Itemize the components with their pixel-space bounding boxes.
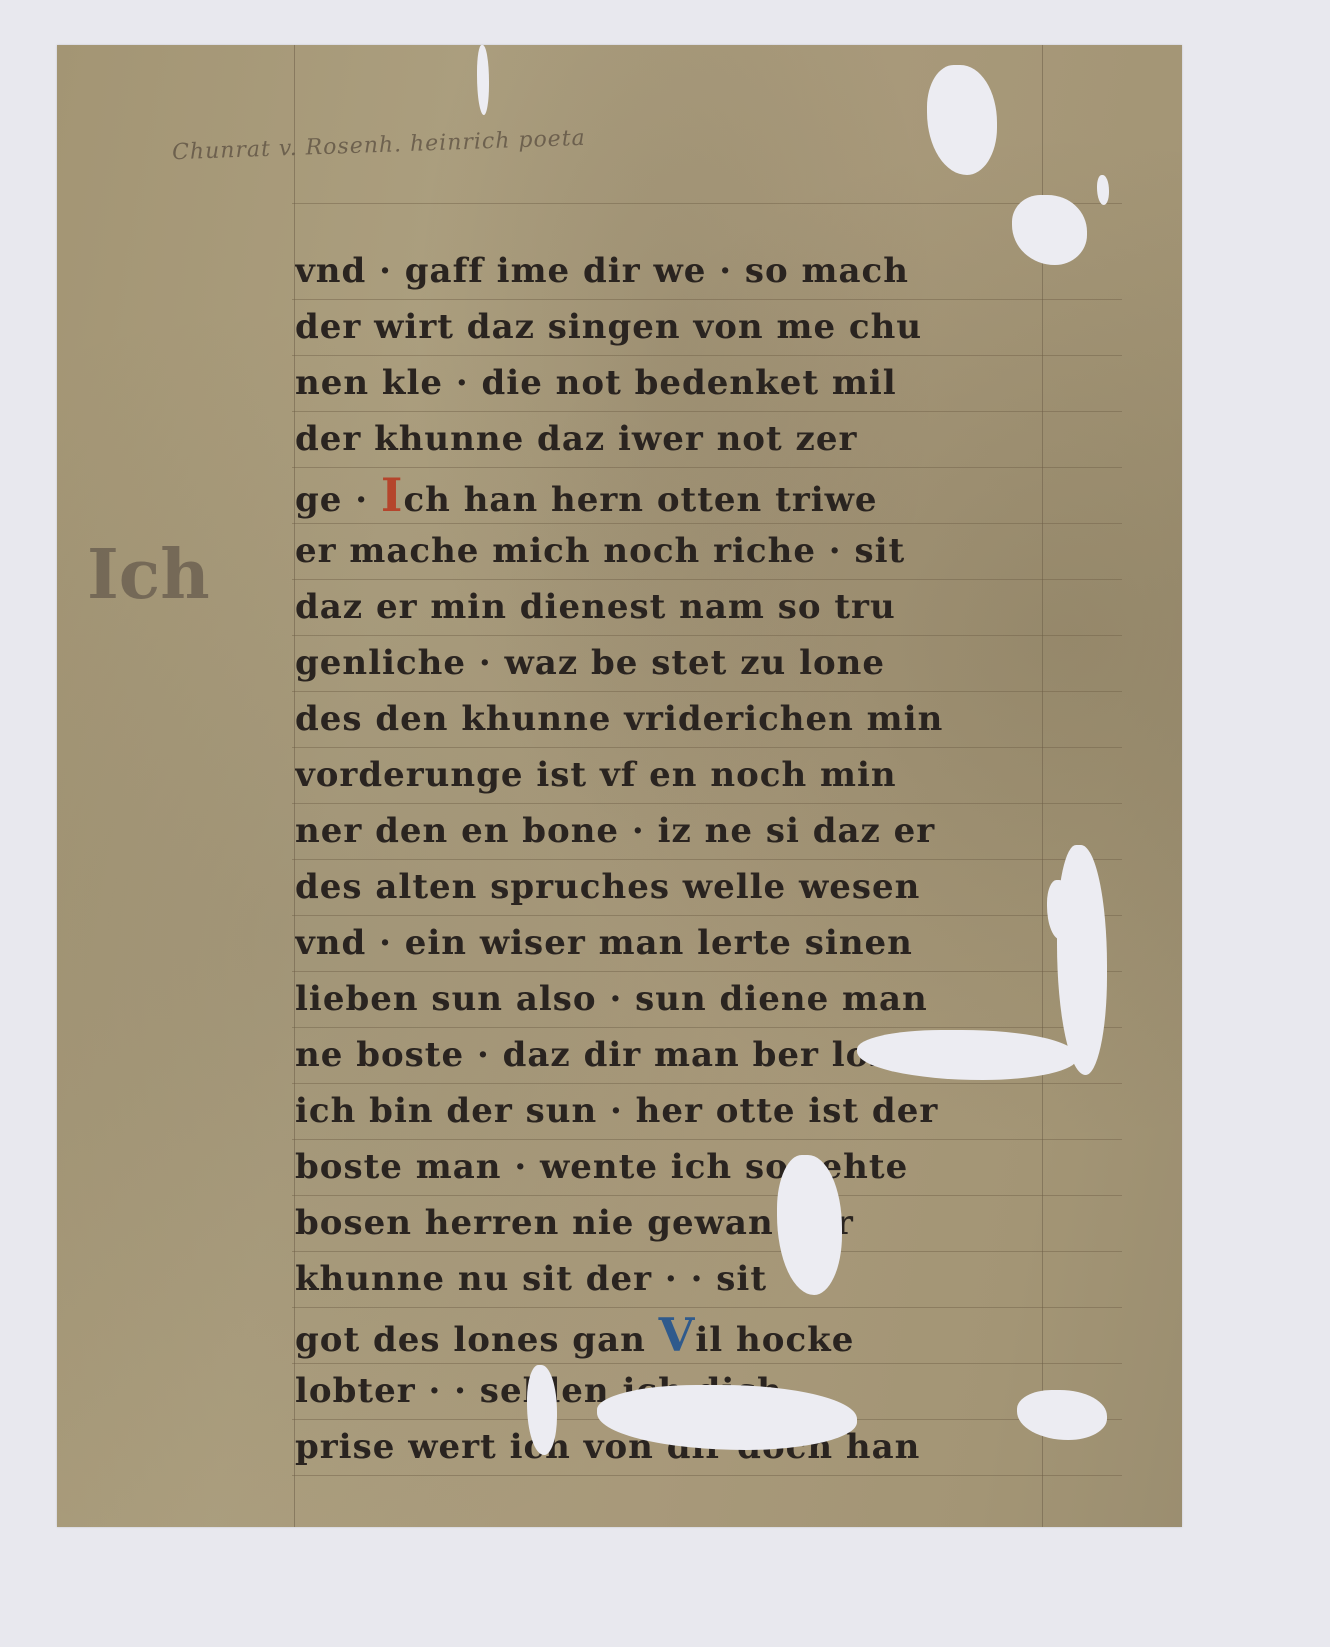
text-line: des alten spruches welle wesen: [295, 859, 1135, 915]
line-prefix: got des lones gan: [295, 1320, 659, 1360]
text-line: er mache mich noch riche · sit: [295, 523, 1135, 579]
text-line: vorderunge ist vf en noch min: [295, 747, 1135, 803]
line-prefix: ge ·: [295, 480, 381, 520]
red-initial: I: [381, 468, 404, 522]
text-line: khunne nu sit der · · sit: [295, 1251, 1135, 1307]
text-line: der khunne daz iwer not zer: [295, 411, 1135, 467]
text-line: ner den en bone · iz ne si daz er: [295, 803, 1135, 859]
text-line: daz er min dienest nam so tru: [295, 579, 1135, 635]
text-line: der wirt daz singen von me chu: [295, 299, 1135, 355]
text-line: vnd · ein wiser man lerte sinen: [295, 915, 1135, 971]
text-line: boste man · wente ich so rehte: [295, 1139, 1135, 1195]
parchment-hole: [927, 65, 997, 175]
text-line: ge · Ich han hern otten triwe: [295, 467, 1135, 523]
margin-initial: Ich: [87, 535, 210, 615]
text-line: des den khunne vriderichen min: [295, 691, 1135, 747]
text-line: vnd · gaff ime dir we · so mach: [295, 243, 1135, 299]
manuscript-page: Chunrat v. Rosenh. heinrich poeta Ich vn…: [57, 45, 1182, 1527]
text-line: got des lones gan Vil hocke: [295, 1307, 1135, 1363]
text-line: lieben sun also · sun diene man: [295, 971, 1135, 1027]
text-line: bosen herren nie gewan her: [295, 1195, 1135, 1251]
parchment-hole: [1097, 175, 1109, 205]
text-line: genliche · waz be stet zu lone: [295, 635, 1135, 691]
line-text: il hocke: [695, 1320, 854, 1360]
text-line: ich bin der sun · her otte ist der: [295, 1083, 1135, 1139]
line-text: ch han hern otten triwe: [403, 480, 877, 520]
marginal-note: Chunrat v. Rosenh. heinrich poeta: [172, 126, 586, 165]
ruling-line: [292, 203, 1122, 204]
text-block: vnd · gaff ime dir we · so mach der wirt…: [295, 243, 1135, 1475]
parchment-hole: [477, 45, 489, 115]
text-line: nen kle · die not bedenket mil: [295, 355, 1135, 411]
blue-initial: V: [659, 1308, 696, 1362]
